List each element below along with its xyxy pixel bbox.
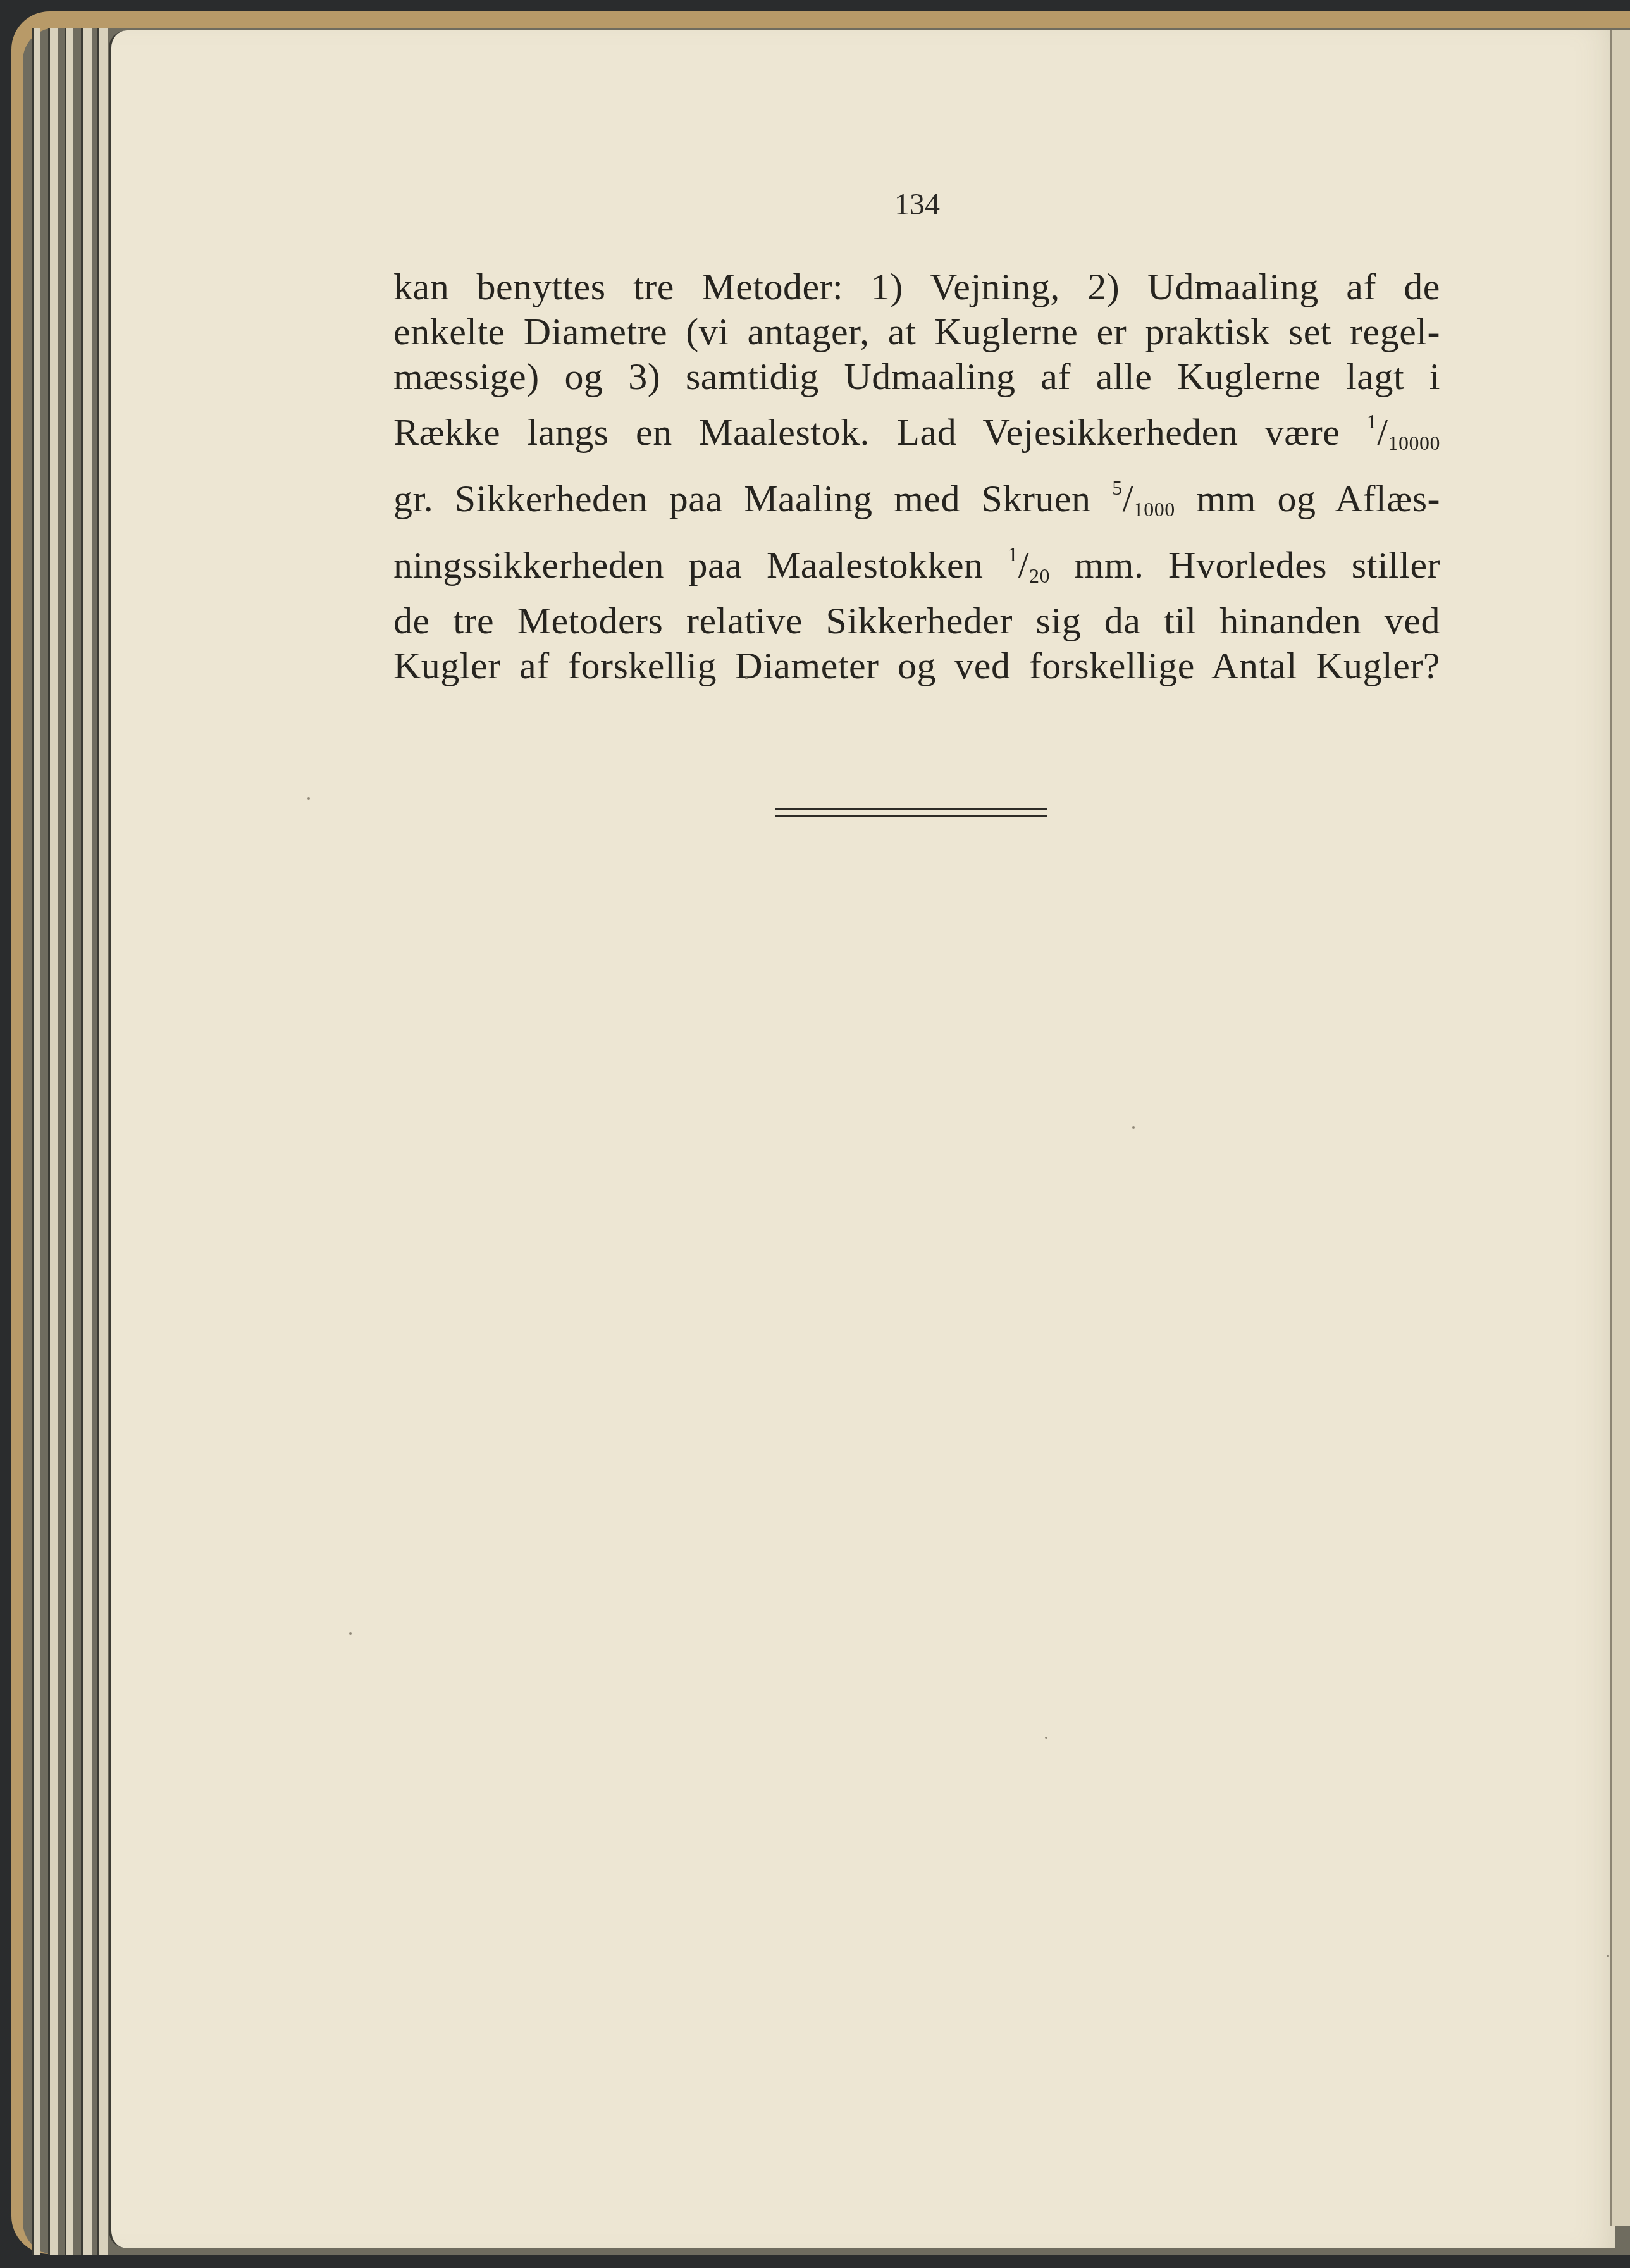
paper-speck <box>745 677 748 679</box>
text-segment: gr. Sikkerheden paa Maaling med Skruen <box>393 478 1091 519</box>
fraction-slash: / <box>1377 411 1388 453</box>
denominator: 20 <box>1029 564 1050 587</box>
page-edge <box>32 28 40 2255</box>
page-edge <box>48 28 58 2255</box>
text-line: Række langs en Maalestok. Lad Vejesikker… <box>393 399 1440 466</box>
denominator: 10000 <box>1388 431 1441 454</box>
text-line: kan benyttes tre Metoder: 1) Vejning, 2)… <box>393 264 1440 309</box>
gutter-edge <box>1610 30 1630 2226</box>
text-line: enkelte Diametre (vi antager, at Kuglern… <box>393 309 1440 354</box>
text-line: mæssige) og 3) samtidig Udmaaling af all… <box>393 354 1440 399</box>
text-line: ningssikkerheden paa Maalestokken 1/20 m… <box>393 532 1440 598</box>
text-segment: mm og Aflæs- <box>1196 478 1440 519</box>
text-segment: Række langs en Maalestok. Lad Vejesikker… <box>393 411 1340 453</box>
paper-speck <box>1607 1955 1609 1957</box>
text-line: Kugler af forskellig Diameter og ved for… <box>393 643 1440 688</box>
text-line: de tre Metoders relative Sikkerheder sig… <box>393 598 1440 643</box>
paper-speck <box>1132 1126 1135 1129</box>
page-edge <box>97 28 108 2255</box>
problem-paragraph: kan benyttes tre Metoder: 1) Vejning, 2)… <box>393 264 1440 688</box>
fraction-weighing: 1/10000 <box>1367 411 1440 453</box>
denominator: 1000 <box>1133 498 1175 521</box>
page-edge <box>81 28 92 2255</box>
paper-speck <box>307 797 310 800</box>
paper-speck <box>349 1632 352 1635</box>
numerator: 1 <box>1008 543 1018 566</box>
paper-speck <box>1045 1737 1047 1739</box>
text-segment: ningssikkerheden paa Maalestokken <box>393 544 984 586</box>
numerator: 5 <box>1112 476 1123 499</box>
numerator: 1 <box>1367 410 1378 433</box>
double-rule-divider <box>775 808 1047 817</box>
text-segment: mm. Hvorledes stiller <box>1075 544 1440 586</box>
fraction-slash: / <box>1123 478 1133 519</box>
page-number: 134 <box>822 187 1012 222</box>
page-edge <box>65 28 73 2255</box>
text-line: gr. Sikkerheden paa Maaling med Skruen 5… <box>393 466 1440 532</box>
fraction-screw: 5/1000 <box>1112 478 1175 519</box>
fraction-scale: 1/20 <box>1008 544 1050 586</box>
fraction-slash: / <box>1018 544 1029 586</box>
